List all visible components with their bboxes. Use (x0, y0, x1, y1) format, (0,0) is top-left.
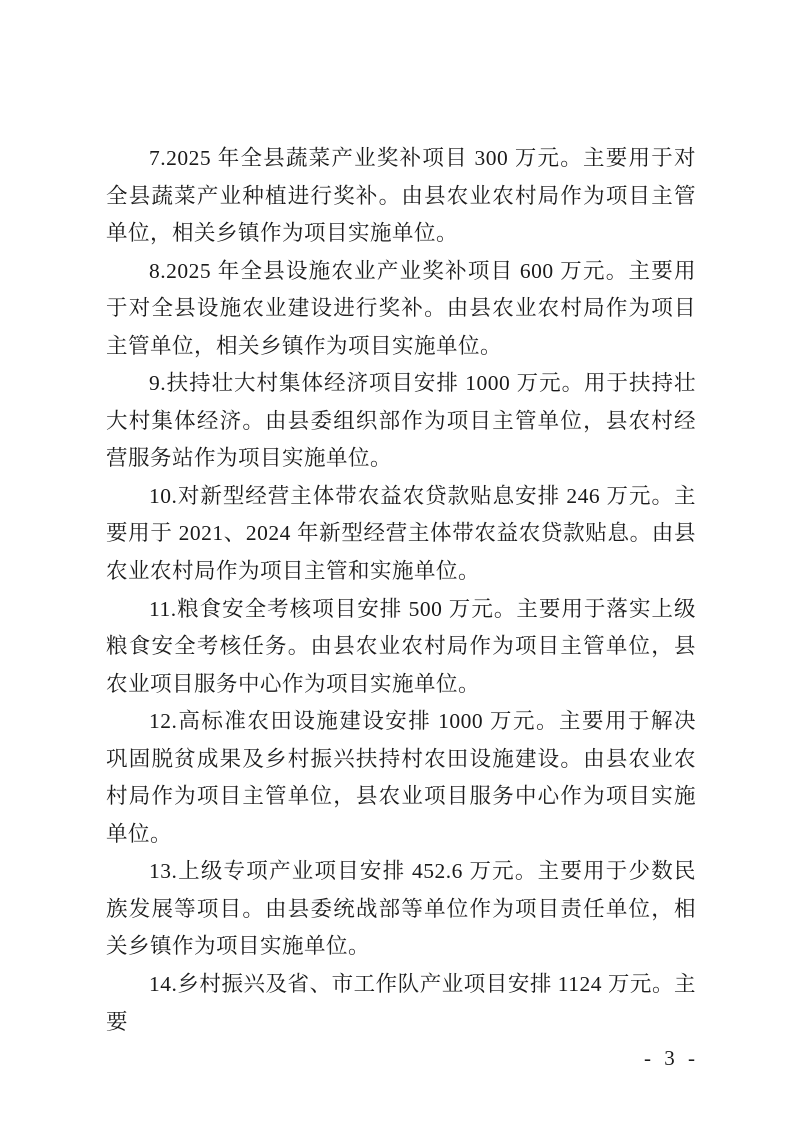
paragraph-item-9: 9.扶持壮大村集体经济项目安排 1000 万元。用于扶持壮大村集体经济。由县委组… (106, 365, 696, 478)
paragraph-item-13: 13.上级专项产业项目安排 452.6 万元。主要用于少数民族发展等项目。由县委… (106, 853, 696, 966)
document-page: 7.2025 年全县蔬菜产业奖补项目 300 万元。主要用于对全县蔬菜产业种植进… (0, 0, 793, 1122)
paragraph-item-8: 8.2025 年全县设施农业产业奖补项目 600 万元。主要用于对全县设施农业建… (106, 253, 696, 366)
paragraph-item-10: 10.对新型经营主体带农益农贷款贴息安排 246 万元。主要用于 2021、20… (106, 478, 696, 591)
page-number: - 3 - (644, 1046, 699, 1070)
paragraph-item-11: 11.粮食安全考核项目安排 500 万元。主要用于落实上级粮食安全考核任务。由县… (106, 591, 696, 704)
document-body: 7.2025 年全县蔬菜产业奖补项目 300 万元。主要用于对全县蔬菜产业种植进… (106, 140, 696, 1041)
paragraph-item-12: 12.高标准农田设施建设安排 1000 万元。主要用于解决巩固脱贫成果及乡村振兴… (106, 703, 696, 853)
paragraph-item-7: 7.2025 年全县蔬菜产业奖补项目 300 万元。主要用于对全县蔬菜产业种植进… (106, 140, 696, 253)
paragraph-item-14: 14.乡村振兴及省、市工作队产业项目安排 1124 万元。主要 (106, 966, 696, 1041)
